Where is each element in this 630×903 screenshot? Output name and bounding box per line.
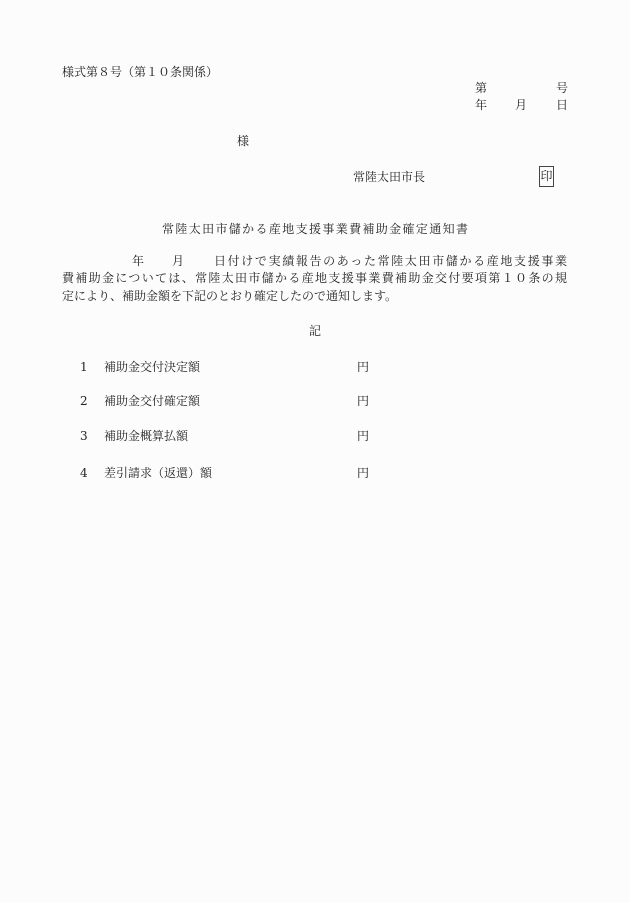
item-unit: 円 <box>357 359 369 375</box>
item-unit: 円 <box>357 465 369 481</box>
list-item: 4 差引請求（返還）額 円 <box>0 465 630 481</box>
recipient-honorific: 様 <box>237 133 249 149</box>
form-number: 様式第８号（第１０条関係） <box>62 64 218 80</box>
date-year: 年 <box>475 97 487 113</box>
list-item: 2 補助金交付確定額 円 <box>0 393 630 409</box>
item-label: 補助金概算払額 <box>104 428 188 444</box>
body-line-1: 日付けで実績報告のあった常陸太田市儲かる産地支援事業 <box>214 253 567 269</box>
body-line-2: 費補助金については、常陸太田市儲かる産地支援事業費補助金交付要項第１０条の規 <box>62 270 567 286</box>
item-unit: 円 <box>357 393 369 409</box>
body-month: 月 <box>172 253 184 269</box>
date-day: 日 <box>556 97 568 113</box>
note-heading: 記 <box>309 323 321 339</box>
item-label: 差引請求（返還）額 <box>104 465 212 481</box>
body-year: 年 <box>132 253 144 269</box>
doc-number-prefix: 第 <box>475 80 487 96</box>
body-line-3: 定により、補助金額を下記のとおり確定したので通知します。 <box>62 288 397 304</box>
item-number: 1 <box>80 359 88 375</box>
item-number: 4 <box>80 465 88 481</box>
sender-title: 常陸太田市長 <box>353 169 425 185</box>
item-number: 2 <box>80 393 88 409</box>
doc-number-suffix: 号 <box>556 80 568 96</box>
list-item: 3 補助金概算払額 円 <box>0 428 630 444</box>
date-month: 月 <box>515 97 527 113</box>
item-label: 補助金交付決定額 <box>104 359 200 375</box>
list-item: 1 補助金交付決定額 円 <box>0 359 630 375</box>
seal-stamp-box: 印 <box>539 166 554 187</box>
item-number: 3 <box>80 428 88 444</box>
item-label: 補助金交付確定額 <box>104 393 200 409</box>
document-title: 常陸太田市儲かる産地支援事業費補助金確定通知書 <box>162 221 468 237</box>
item-unit: 円 <box>357 428 369 444</box>
